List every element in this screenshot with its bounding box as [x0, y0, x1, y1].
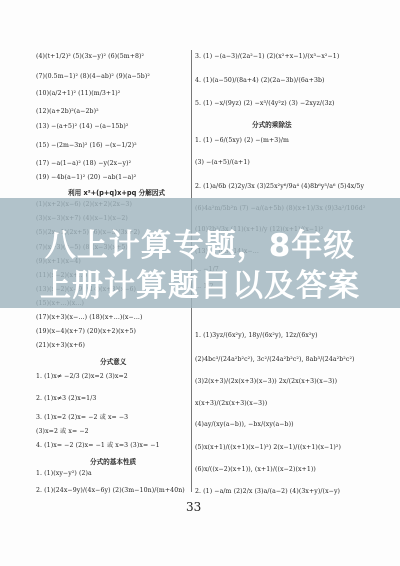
answer-line: (13) −(a+5)² (14) −(a−15b)² [36, 123, 129, 131]
answer-line: 5. (1) −x/(9yz) (2) −x³/(4y²z) (3) −2xyz… [195, 100, 335, 108]
answer-line: 2. (1)x≠3 (2)x=1/3 [36, 395, 96, 403]
answer-line: (3) −(a+5)/(a+1) [195, 159, 250, 167]
answer-line: 3. (1) −(a−3)/(2a²−1) (2)(x²+x−1)/(x³−x²… [195, 53, 339, 61]
answer-line: 1. (1) −6/(5xy) (2) −(m+3)/m [195, 137, 289, 145]
answer-line: (3)x=2 或 x= −2 [36, 428, 89, 436]
answer-line: 3. (1)x=2 (2)x= −2 或 x= −3 [36, 414, 128, 422]
page-number: 33 [186, 500, 201, 514]
answer-line: 4. (1)(a−50)/(8a+4) (2)(2a−3b)/(6a+3b) [195, 77, 325, 85]
answer-line: 4. (1)x= −2 (2)x= −1 或 x=3 (3)x= −1 [36, 442, 160, 450]
answer-line: (2)4bc³/(24a²b²c²), 3c²/(24a²b²c²), 8ab³… [195, 356, 355, 364]
section-heading-basic: 分式的基本性质 [90, 456, 136, 466]
answer-line: (17) −a(1−a)² (18) −y(2x−y)² [36, 160, 131, 168]
answer-line: (3)2(x+3)/(2x(x+3)(x−3)) 2x/(2x(x+3)(x−3… [195, 378, 337, 386]
answer-line: 2. (1)a/6b (2)2y/3x (3)25x²y⁶/9a⁴ (4)8b⁶… [195, 183, 364, 191]
answer-line: (5)x(x+1)/((x+1)(x−1)²) 2(x−1)/((x+1)(x−… [195, 444, 341, 452]
banner-title-line2: 上册计算题目以及答案 [0, 260, 400, 305]
answer-line: 2. (1) −a/m (2)2/x (3)a/(a−2) (4)(3x+y)/… [195, 488, 340, 496]
document-page: (4)(t+1/2)² (5)(3x−y)² (6)(5m+8)² (7)(0.… [0, 0, 400, 566]
answer-line: 1. (1)x≠ −2/3 (2)x=2 (3)x=2 [36, 373, 128, 381]
title-banner: 八上计算专题，8年级 上册计算题目以及答案 [0, 198, 400, 308]
answer-line: (7)(0.5m−1)² (8)(4−ab)² (9)(a−5b)² [36, 73, 150, 81]
answer-line: (4)ay/(xy(a−b)), −bx/(xy(a−b)) [195, 421, 294, 429]
answer-line: 2. (1)(24x−9y)/(4x−6y) (2)(3m−10n)/(m+40… [36, 487, 185, 495]
answer-line: (17)(x+3)(x−...) (18)(x+...)(x−...) [36, 314, 143, 322]
answer-line: (21)(x+3)(x+6) [36, 342, 85, 350]
answer-line: (19) −4b(a−1)² (20) −ab(1−a)² [36, 174, 136, 182]
banner-title-line1: 八上计算专题，8年级 [0, 220, 400, 265]
section-heading-factor: 利用 x²+(p+q)x+pq 分解因式 [68, 187, 165, 197]
section-heading-meaning: 分式意义 [100, 356, 126, 366]
answer-line: (10)(a/2+1)² (11)(m/3+1)² [36, 90, 120, 98]
section-heading-muldiv: 分式的乘除法 [252, 119, 292, 129]
answer-line: (4)(t+1/2)² (5)(3x−y)² (6)(5m+8)² [36, 53, 144, 61]
answer-line: (12)(a+2b)²(a−2b)² [36, 108, 99, 116]
answer-line: (19)(x−4)(x+7) (20)(x+2)(x+5) [36, 328, 136, 336]
answer-line: x(x+3)/(2x(x+3)(x−3)) [195, 400, 267, 408]
answer-line: 1. (1)3yz/(6x²y), 18y/(6x²y), 12z/(6x²y) [195, 332, 318, 340]
answer-line: (15) −(2m−3n)² (16) −(x−1/2)² [36, 142, 137, 150]
answer-line: (6)x/((x−2)(x+1)), (x+1)/((x−2)(x+1)) [195, 466, 316, 474]
answer-line: 1. (1)(xy−y²) (2)a [36, 470, 92, 478]
